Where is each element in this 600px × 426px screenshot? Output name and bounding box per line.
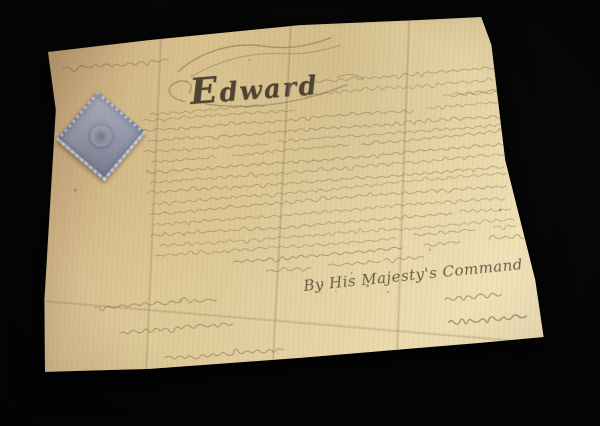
date-year-fragment: [328, 260, 381, 267]
body-line: [143, 107, 414, 134]
body-line: [493, 225, 516, 231]
officer-rank-script: [119, 322, 232, 337]
photo-background: Edward By His Majesty's Command: [0, 0, 600, 426]
title-tail-swash: [337, 73, 363, 81]
body-line: [151, 152, 504, 185]
grace-of-god-line: [311, 65, 496, 85]
foxing-stain: [249, 59, 251, 61]
foxing-stain: [387, 291, 389, 293]
seal-emblem: [97, 132, 105, 140]
body-line: [414, 228, 476, 236]
countersignature-script: [445, 292, 502, 301]
given-day-fragment: [425, 241, 460, 247]
officer-name-script: [94, 295, 216, 311]
registry-annotation: [63, 59, 169, 72]
body-line: [149, 182, 506, 216]
secretary-signature-script: [449, 314, 527, 326]
body-line: [460, 206, 511, 214]
commission-date-fragment: [151, 155, 215, 163]
body-line: [160, 216, 514, 250]
territorial-force-script: [164, 345, 283, 361]
foxing-stain: [429, 249, 431, 251]
commission-document-paper: Edward By His Majesty's Command: [0, 0, 600, 426]
document-photo: Edward By His Majesty's Command: [0, 0, 600, 426]
date-month-fragment: [266, 265, 311, 274]
body-line: [426, 101, 499, 110]
body-line: [443, 90, 502, 98]
document-content: Edward By His Majesty's Command: [48, 9, 574, 392]
reign-fragment: [489, 231, 544, 241]
foxing-stain: [74, 189, 77, 192]
date-fragment: [384, 256, 425, 264]
body-line: [144, 141, 268, 155]
